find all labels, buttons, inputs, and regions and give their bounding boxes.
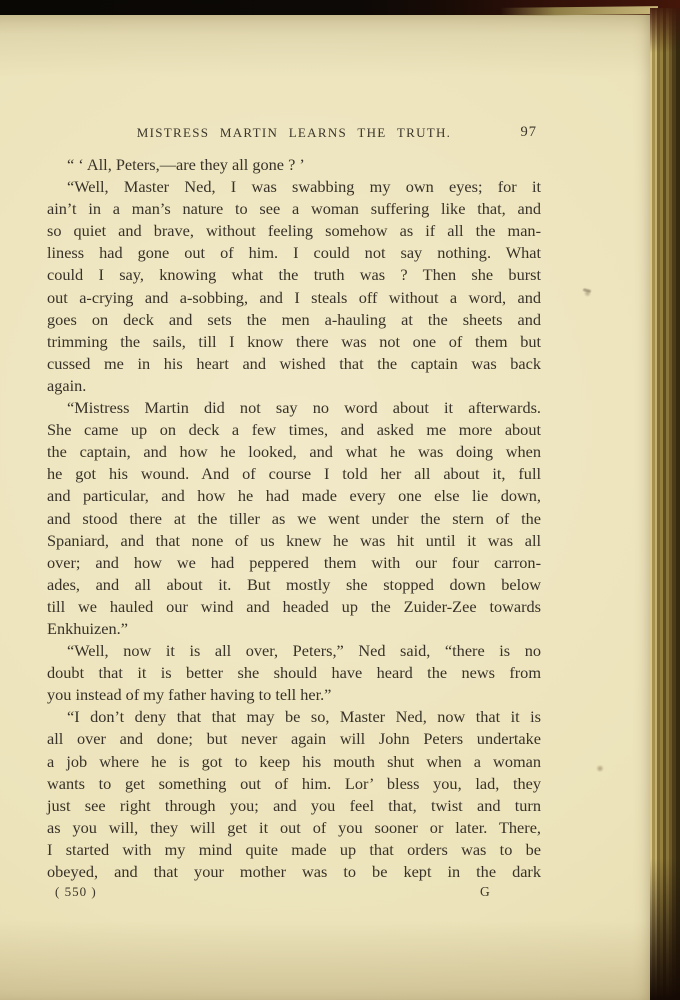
signature-mark: G — [480, 884, 490, 900]
text-line: till we hauled our wind and headed up th… — [47, 596, 541, 618]
text-line: ades, and all about it. But mostly she s… — [47, 574, 541, 596]
text-line: all over and done; but never again will … — [47, 728, 541, 750]
text-line: “Well, Master Ned, I was swabbing my own… — [47, 176, 541, 198]
text-line: and particular, and how he had made ever… — [47, 485, 541, 507]
text-line: over; and how we had peppered them with … — [47, 552, 541, 574]
running-title: MISTRESS MARTIN LEARNS THE TRUTH. — [137, 125, 451, 140]
book-page: MISTRESS MARTIN LEARNS THE TRUTH. 97 “ ‘… — [0, 13, 653, 1000]
scanned-book-photo: MISTRESS MARTIN LEARNS THE TRUTH. 97 “ ‘… — [0, 0, 680, 1000]
text-line: and stood there at the tiller as we went… — [47, 508, 541, 530]
text-line: trimming the sails, till I know there wa… — [47, 331, 541, 353]
text-line: “ ‘ All, Peters,—are they all gone ? ’ — [47, 154, 541, 176]
page-number: 97 — [521, 124, 538, 141]
text-line: doubt that it is better she should have … — [47, 662, 541, 684]
text-line: liness had gone out of him. I could not … — [47, 242, 541, 264]
paper-speck — [596, 765, 604, 772]
text-line: just see right through you; and you feel… — [47, 795, 541, 817]
page-bottom-shading — [0, 920, 653, 1000]
text-line: out a-crying and a-sobbing, and I steals… — [47, 287, 541, 309]
text-line: a job where he is got to keep his mouth … — [47, 751, 541, 773]
text-line: I started with my mind quite made up tha… — [47, 839, 541, 861]
page-header: MISTRESS MARTIN LEARNS THE TRUTH. 97 — [47, 124, 541, 142]
printers-mark: ( 550 ) — [55, 884, 97, 900]
text-line: She came up on deck a few times, and ask… — [47, 419, 541, 441]
text-line: goes on deck and sets the men a-hauling … — [47, 309, 541, 331]
text-line: as you will, they will get it out of you… — [47, 817, 541, 839]
text-line: Spaniard, and that none of us knew he wa… — [47, 530, 541, 552]
page-top-bevel-edge — [500, 6, 658, 16]
text-line: again. — [47, 375, 541, 397]
text-line: cussed me in his heart and wished that t… — [47, 353, 541, 375]
page-edge-stripes — [650, 8, 680, 1000]
paper-speck — [584, 290, 591, 297]
text-line: so quiet and brave, without feeling some… — [47, 220, 541, 242]
text-line: obeyed, and that your mother was to be k… — [47, 861, 541, 883]
text-line: wants to get something out of him. Lor’ … — [47, 773, 541, 795]
page-body-text: “ ‘ All, Peters,—are they all gone ? ’ “… — [47, 154, 541, 883]
text-line: could I say, knowing what the truth was … — [47, 264, 541, 286]
text-line: the captain, and how he looked, and what… — [47, 441, 541, 463]
text-line: Enkhuizen.” — [47, 618, 541, 640]
text-line: ain’t in a man’s nature to see a woman s… — [47, 198, 541, 220]
text-line: “I don’t deny that that may be so, Maste… — [47, 706, 541, 728]
text-line: “Mistress Martin did not say no word abo… — [47, 397, 541, 419]
text-line: you instead of my father having to tell … — [47, 684, 541, 706]
text-line: “Well, now it is all over, Peters,” Ned … — [47, 640, 541, 662]
text-line: he got his wound. And of course I told h… — [47, 463, 541, 485]
